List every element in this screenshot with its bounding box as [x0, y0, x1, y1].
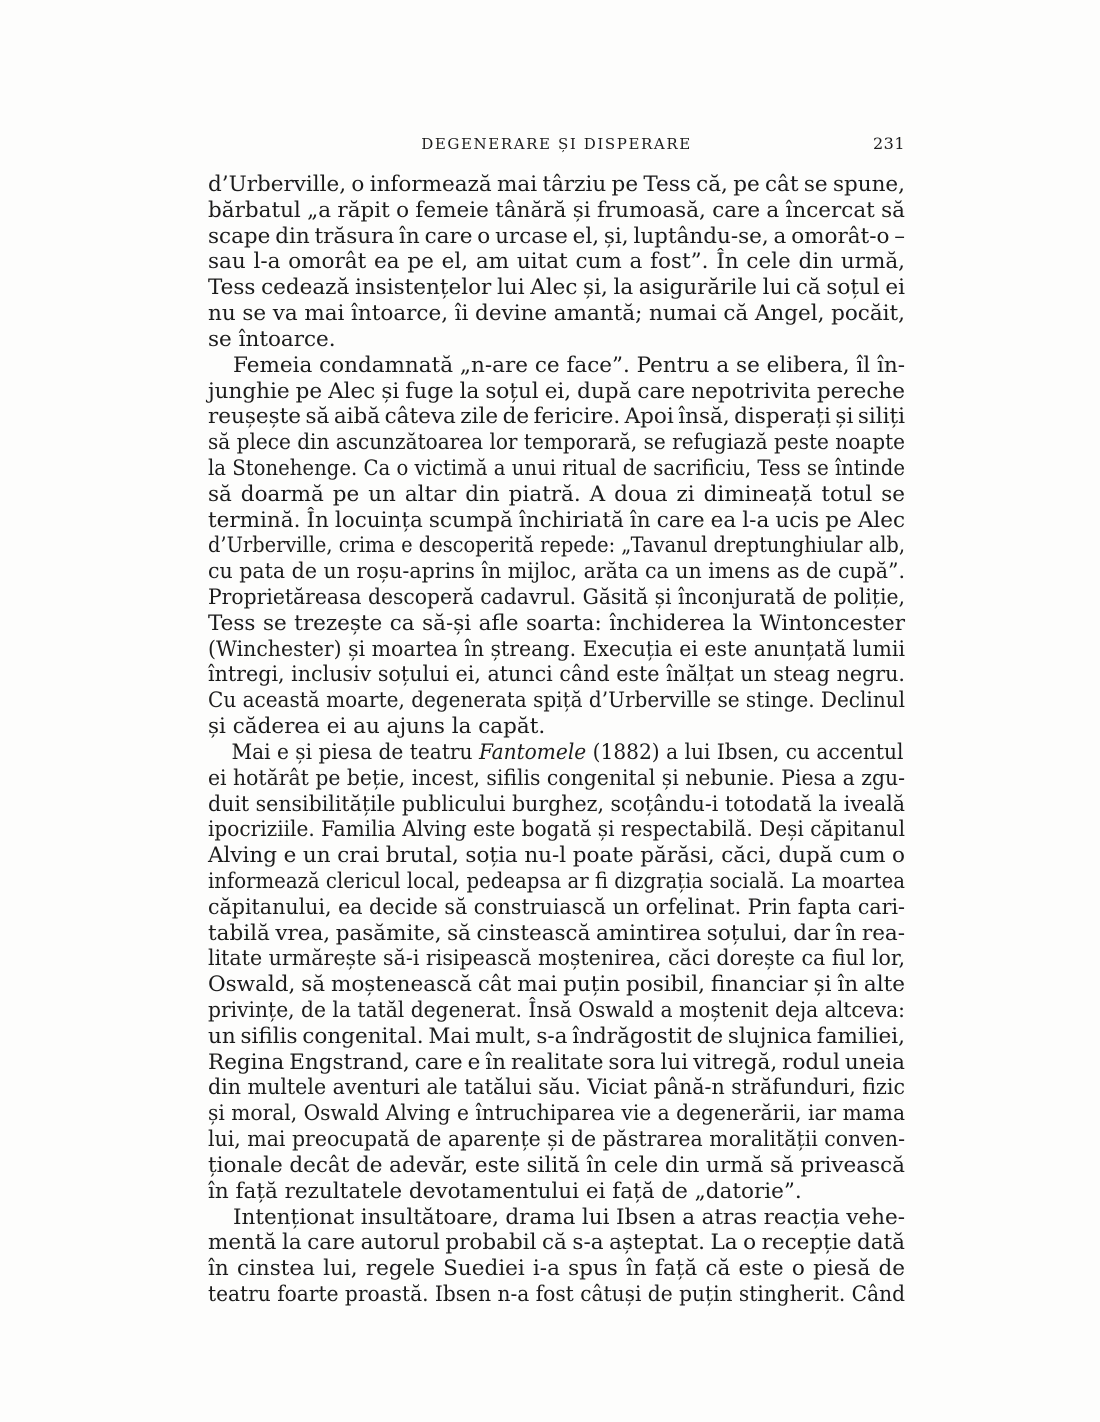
- paragraph: d’Urberville, o informează mai târziu pe…: [208, 172, 905, 353]
- text-line: reușește să aibă câteva zile de fericire…: [208, 404, 905, 430]
- text-line: (Winchester) și moartea în ștreang. Exec…: [208, 637, 871, 663]
- paragraph: Femeia condamnată „n-are ce face”. Pentr…: [208, 353, 905, 740]
- text-line: Alving e un crai brutal, soția nu-l poat…: [208, 843, 905, 869]
- text-line: și moral, Oswald Alving e întruchiparea …: [208, 1101, 863, 1127]
- text-line: în față rezultatele devotamentului ei fa…: [208, 1179, 905, 1205]
- paragraph: Intenționat insultătoare, drama lui Ibse…: [208, 1205, 905, 1308]
- text-line: Tess se trezește ca să-și afle soarta: î…: [208, 611, 905, 637]
- book-page: DEGENERARE ȘI DISPERARE 231 d’Urberville…: [0, 0, 1100, 1422]
- text-line: Tess cedează insistențelor lui Alec și, …: [208, 275, 905, 301]
- text-line: mentă la care autorul probabil că s-a aș…: [208, 1230, 905, 1256]
- text-line: informează clericul local, pedeapsa ar f…: [208, 869, 846, 895]
- text-line: se întoarce.: [208, 327, 905, 353]
- text-line: întregi, inclusiv soțului ei, atunci cân…: [208, 662, 877, 688]
- text-line: duit sensibilitățile publicului burghez,…: [208, 792, 873, 818]
- paragraph: Mai e și piesa de teatru Fantomele (1882…: [208, 740, 905, 1205]
- text-line: Mai e și piesa de teatru Fantomele (1882…: [208, 740, 861, 766]
- text-line: Intenționat insultătoare, drama lui Ibse…: [208, 1205, 905, 1231]
- text-line: Femeia condamnată „n-are ce face”. Pentr…: [208, 353, 905, 379]
- text-line: ei hotărât pe beție, incest, sifilis con…: [208, 766, 868, 792]
- body-text: d’Urberville, o informează mai târziu pe…: [208, 172, 905, 1308]
- text-line: termină. În locuința scumpă închiriată î…: [208, 508, 905, 534]
- chapter-title: DEGENERARE ȘI DISPERARE: [208, 133, 905, 155]
- text-line: tabilă vrea, pasămite, să cinstească ami…: [208, 921, 905, 947]
- text-line: nu se va mai întoarce, îi devine amantă;…: [208, 301, 905, 327]
- text-line: teatru foarte proastă. Ibsen n-a fost câ…: [208, 1282, 862, 1308]
- italic-title: Fantomele: [479, 740, 586, 765]
- text-line: d’Urberville, crima e descoperită repede…: [208, 533, 837, 559]
- text-line: căpitanului, ea decide să construiască u…: [208, 895, 875, 921]
- text-line: și căderea ei au ajuns la capăt.: [208, 714, 905, 740]
- text-line: cu pata de un roșu-aprins în mijloc, ară…: [208, 559, 874, 585]
- text-line: junghie pe Alec și fuge la soțul ei, dup…: [208, 379, 905, 405]
- text-line: un sifilis congenital. Mai mult, s-a înd…: [208, 1024, 905, 1050]
- text-line: ipocriziile. Familia Alving este bogată …: [208, 817, 859, 843]
- text-line: sau l-a omorât ea pe el, am uitat cum a …: [208, 249, 905, 275]
- text-line: d’Urberville, o informează mai târziu pe…: [208, 172, 905, 198]
- text-line: Proprietăreasa descoperă cadavrul. Găsit…: [208, 585, 867, 611]
- text-line: lui, mai preocupată de aparențe și de pă…: [208, 1127, 872, 1153]
- text-line: Oswald, să moștenească cât mai puțin pos…: [208, 972, 905, 998]
- text-line: scape din trăsura în care o urcase el, ș…: [208, 224, 905, 250]
- text-line: la Stonehenge. Ca o victimă a unui ritua…: [208, 456, 845, 482]
- page-number: 231: [873, 133, 905, 155]
- text-line: în cinstea lui, regele Suediei i-a spus …: [208, 1256, 905, 1282]
- text-line: ționale decât de adevăr, este silită în …: [208, 1153, 905, 1179]
- running-header: DEGENERARE ȘI DISPERARE 231: [208, 133, 905, 155]
- text-line: Regina Engstrand, care e în realitate so…: [208, 1050, 905, 1076]
- text-line: să plece din ascunzătoarea lor temporară…: [208, 430, 858, 456]
- text-line: să doarmă pe un altar din piatră. A doua…: [208, 482, 905, 508]
- text-line: din multele aventuri ale tatălui său. Vi…: [208, 1075, 875, 1101]
- text-line: Cu această moarte, degenerata spiță d’Ur…: [208, 688, 857, 714]
- text-line: litate urmărește să-i risipească moșteni…: [208, 946, 875, 972]
- text-line: privințe, de la tatăl degenerat. Însă Os…: [208, 998, 864, 1024]
- text-line: bărbatul „a răpit o femeie tânără și fru…: [208, 198, 905, 224]
